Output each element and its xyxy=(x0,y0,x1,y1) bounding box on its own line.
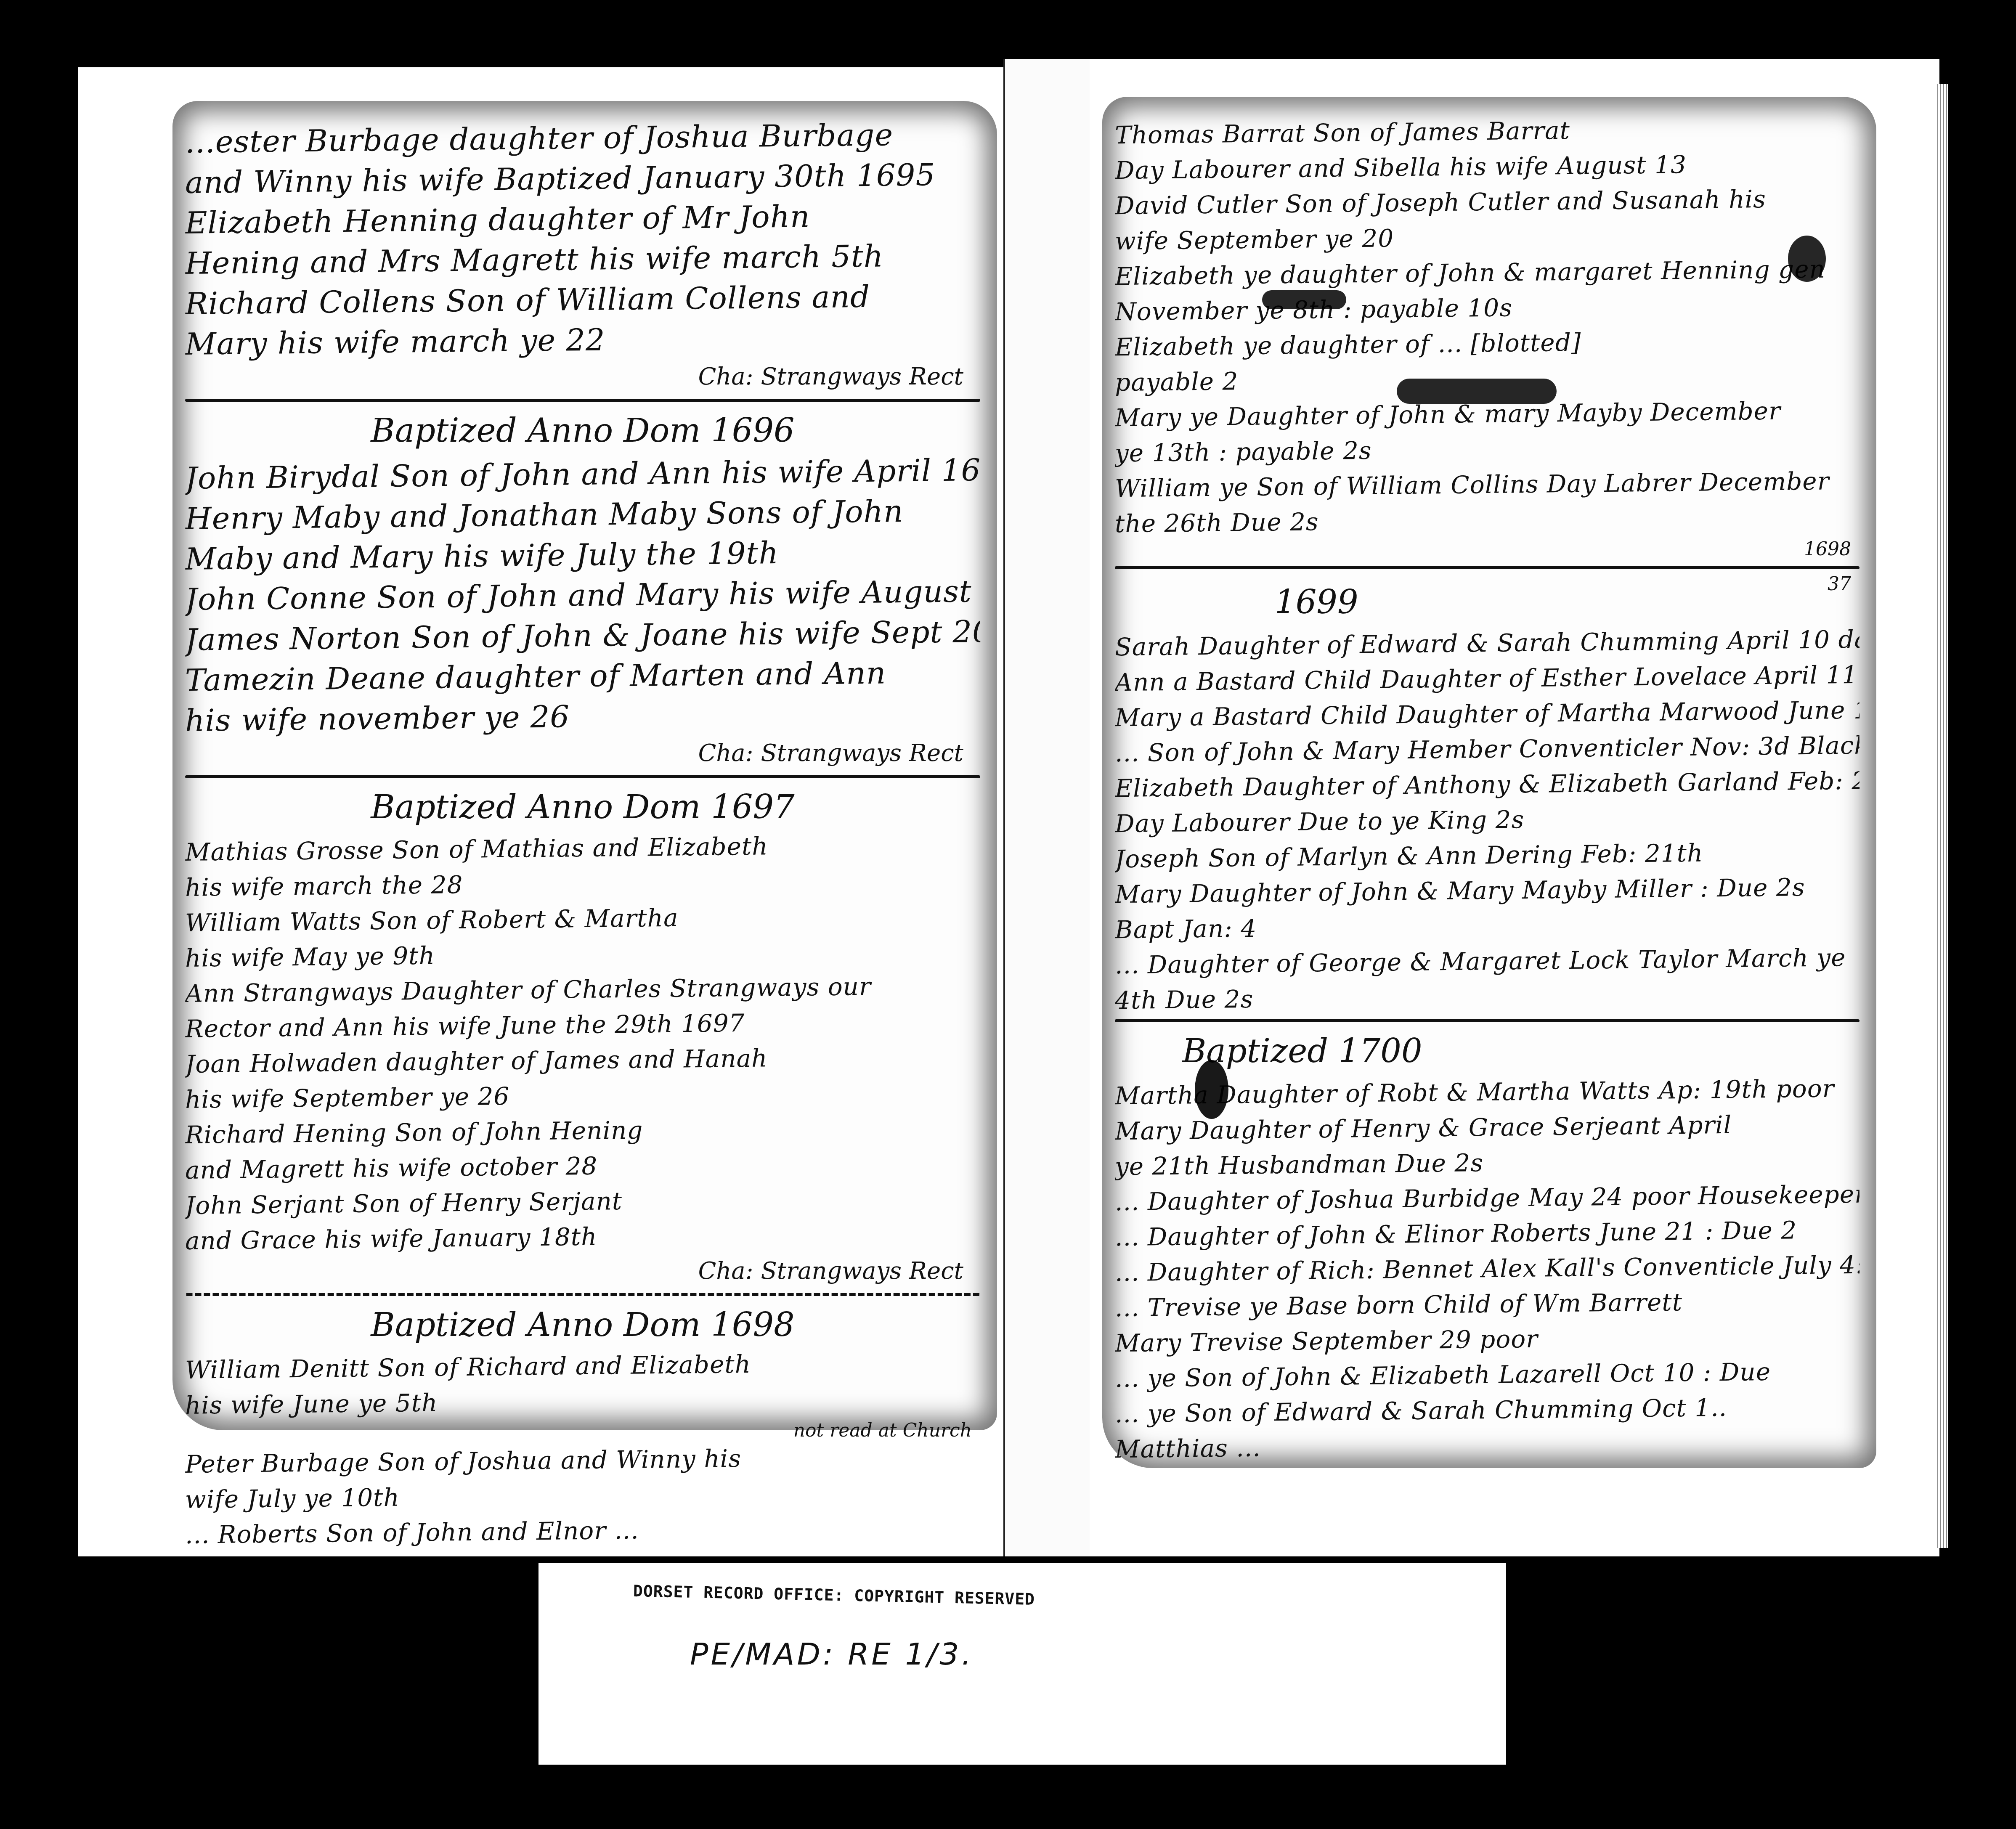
book-gutter xyxy=(1003,59,1093,1556)
ink-blot xyxy=(1397,379,1557,404)
year-heading-1698: Baptized Anno Dom 1698 xyxy=(185,1302,980,1348)
year-heading-1699: 1699 xyxy=(1115,579,1859,626)
ink-blot xyxy=(1788,236,1826,282)
left-page-text: ...ester Burbage daughter of Joshua Burb… xyxy=(185,118,980,1413)
right-page-text: Thomas Barrat Son of James Barrat Day La… xyxy=(1115,114,1859,1451)
rector-signature: Cha: Strangways Rect xyxy=(185,737,980,770)
copyright-notice: DORSET RECORD OFFICE: COPYRIGHT RESERVED xyxy=(633,1582,1035,1609)
entries-1696: John Birydal Son of John and Ann his wif… xyxy=(185,454,980,737)
year-heading-1697: Baptized Anno Dom 1697 xyxy=(185,784,980,830)
entry-line: the 26th Due 2s xyxy=(1115,498,1860,542)
section-divider xyxy=(185,1293,980,1296)
right-register-page: Thomas Barrat Son of James Barrat Day La… xyxy=(1102,97,1876,1468)
entries-1695: ...ester Burbage daughter of Joshua Burb… xyxy=(185,118,980,360)
entry-line: Mary his wife march ye 22 xyxy=(185,315,981,364)
entries-1697: Mathias Grosse Son of Mathias and Elizab… xyxy=(185,830,980,1254)
archive-label-card: DORSET RECORD OFFICE: COPYRIGHT RESERVED… xyxy=(538,1563,1506,1765)
entry-line: his wife november ye 26 xyxy=(185,692,981,741)
year-heading-1700: Baptized 1700 xyxy=(1115,1028,1859,1074)
section-divider xyxy=(185,775,980,778)
section-divider xyxy=(185,399,980,402)
entries-1699: Sarah Daughter of Edward & Sarah Chummin… xyxy=(1115,626,1859,1014)
ink-blot xyxy=(1195,1060,1228,1119)
section-divider xyxy=(1115,1019,1859,1022)
year-heading-1696: Baptized Anno Dom 1696 xyxy=(185,408,980,454)
entries-1698-right: Thomas Barrat Son of James Barrat Day La… xyxy=(1115,114,1859,538)
rector-signature: Cha: Strangways Rect xyxy=(185,360,980,394)
entry-line: Matthias ... xyxy=(1115,1424,1860,1467)
entries-1700: Martha Daughter of Robt & Martha Watts A… xyxy=(1115,1074,1859,1463)
section-divider xyxy=(1115,566,1859,569)
year-margin-note: 1698 xyxy=(1115,538,1859,561)
entries-1698-left: William Denitt Son of Richard and Elizab… xyxy=(185,1348,980,1548)
document-reference: PE/MAD: RE 1/3. xyxy=(690,1636,974,1672)
rector-signature: Cha: Strangways Rect xyxy=(185,1254,980,1288)
ink-blot xyxy=(1262,290,1346,309)
entry-line: 4th Due 2s xyxy=(1115,975,1860,1018)
page-edges xyxy=(1935,84,1948,1548)
margin-note: not read at Church xyxy=(185,1419,980,1442)
left-register-page: ...ester Burbage daughter of Joshua Burb… xyxy=(172,101,997,1430)
